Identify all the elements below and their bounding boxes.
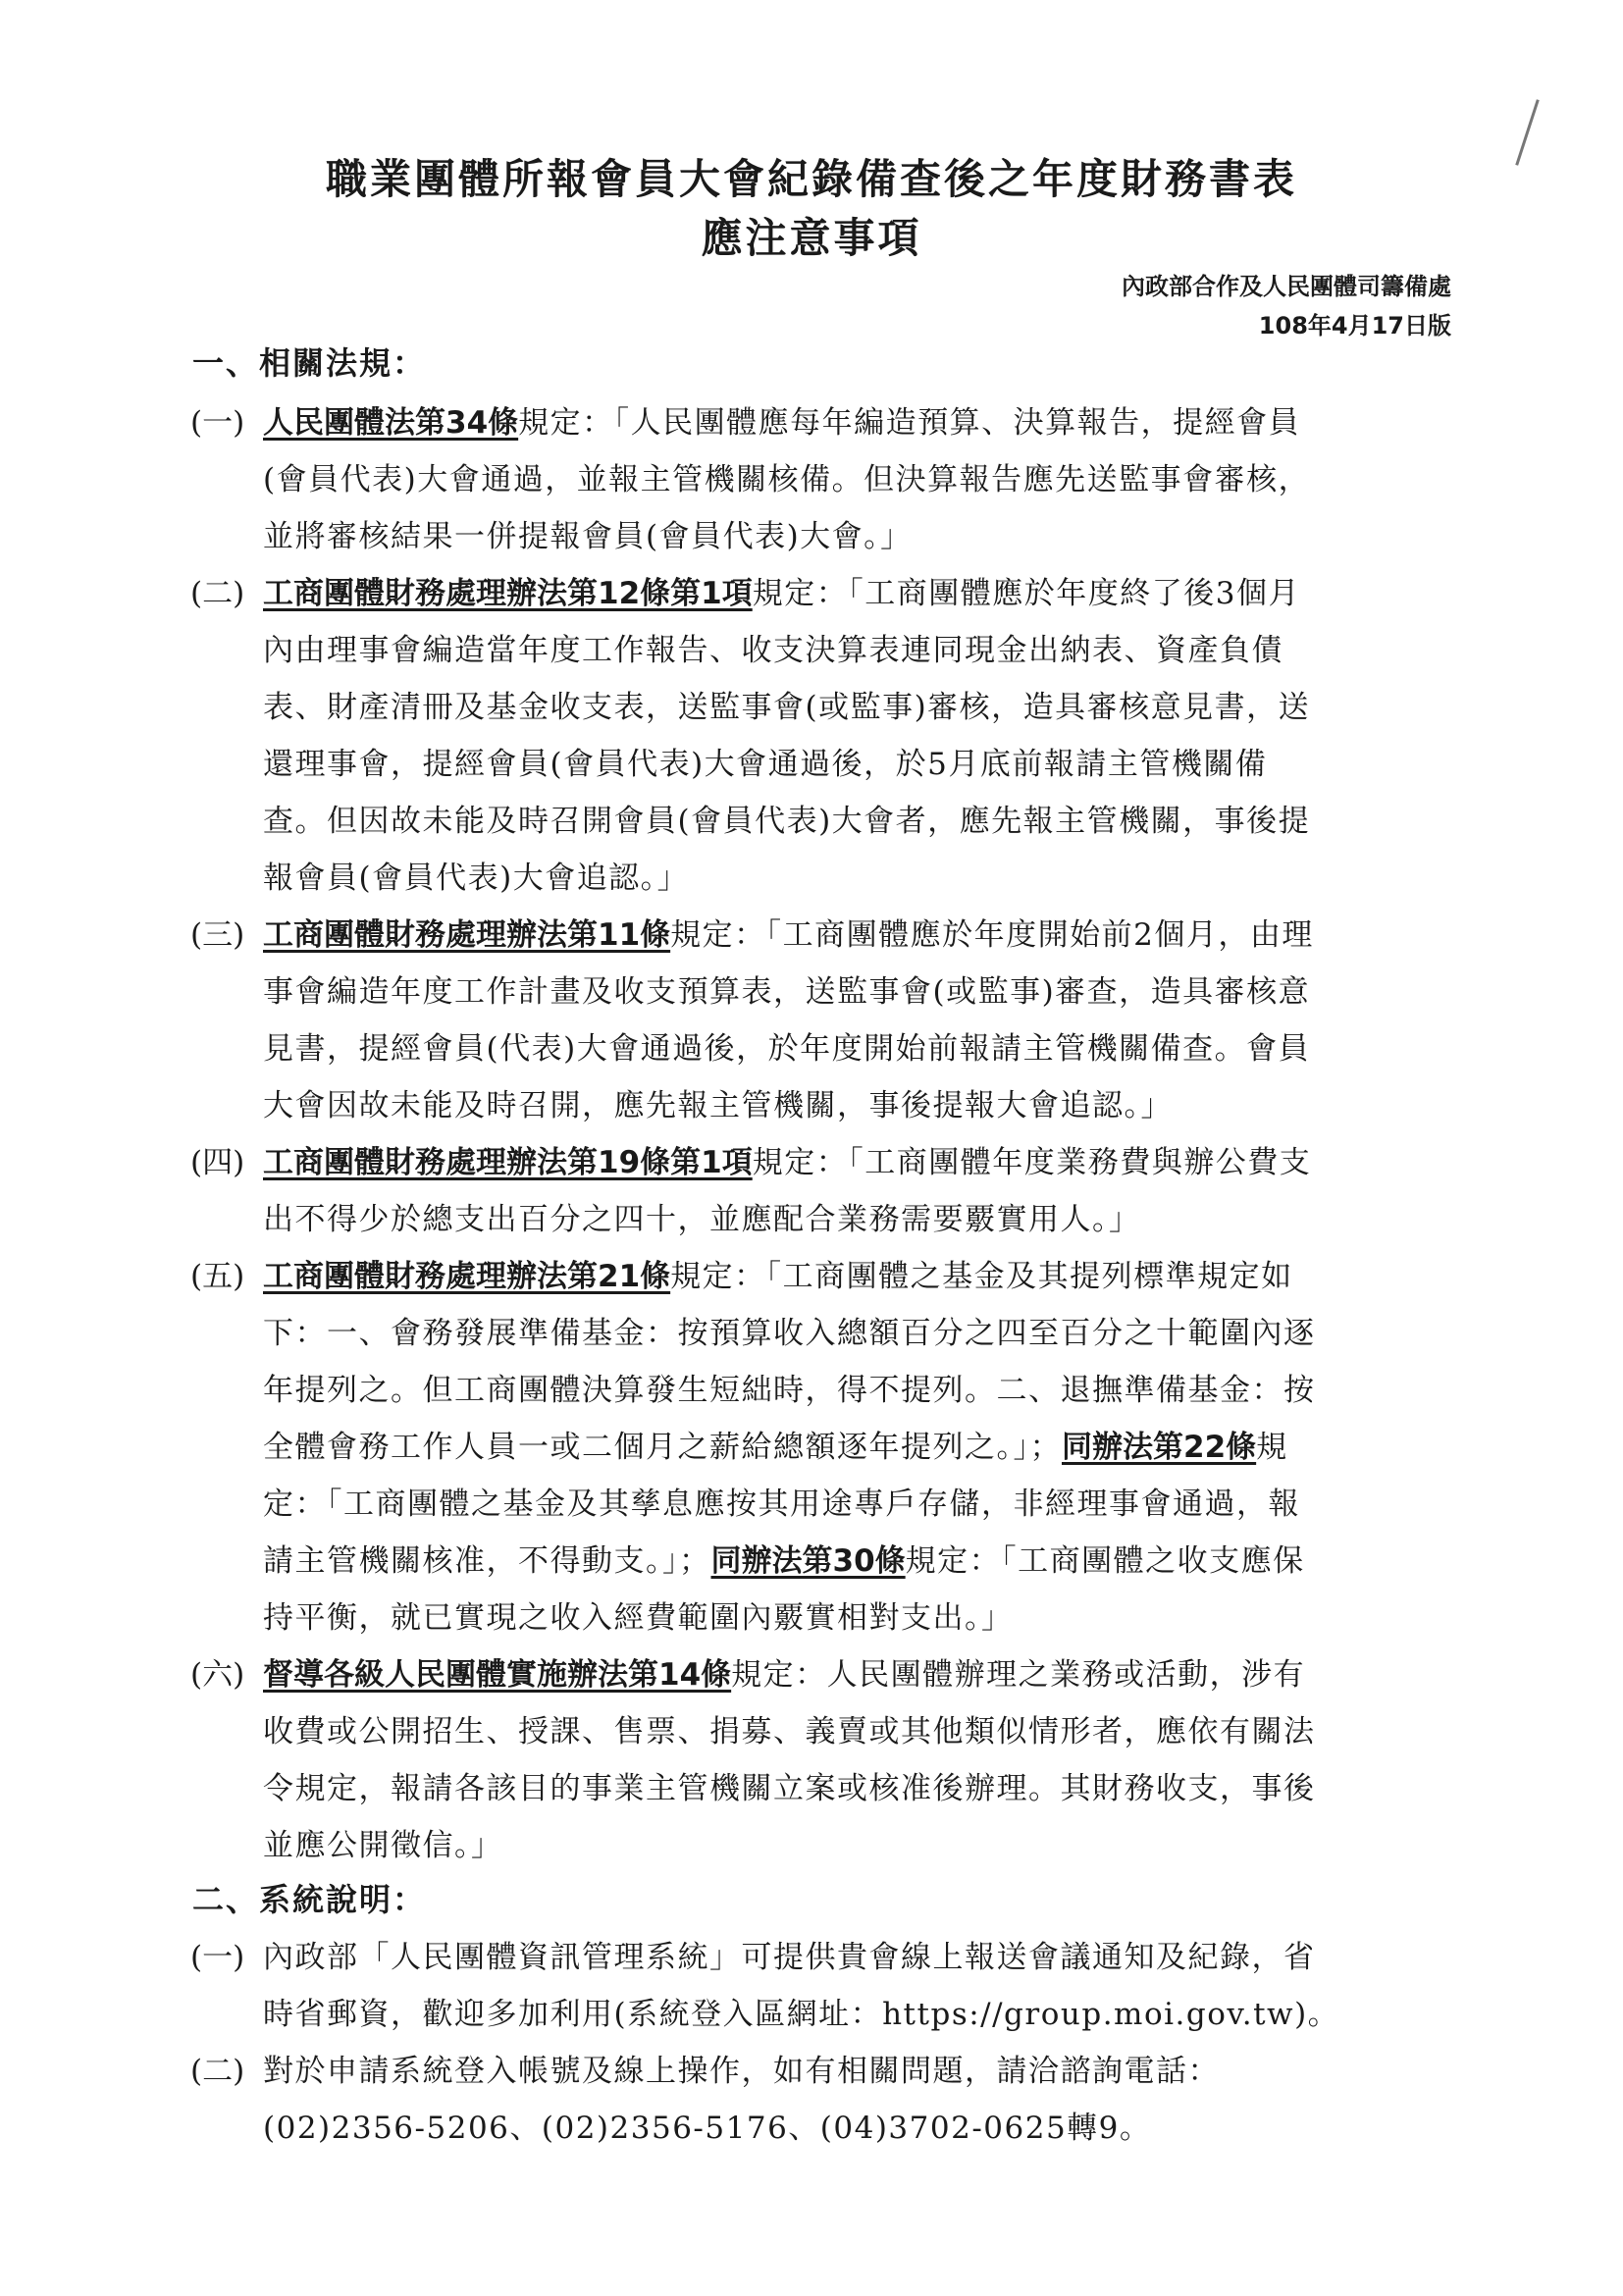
text-line: 工商團體財務處理辦法第12條第1項規定：「工商團體應於年度終了後3個月 — [263, 568, 1300, 612]
text-line: 下：一、會務發展準備基金：按預算收入總額百分之四至百分之十範圍內逐 — [263, 1308, 1316, 1352]
law-reference: 工商團體財務處理辦法第12條第1項 — [263, 576, 753, 611]
item-number: (二) — [190, 2046, 244, 2090]
text-line: 工商團體財務處理辦法第21條規定：「工商團體之基金及其提列標準規定如 — [263, 1251, 1293, 1295]
law-reference: 工商團體財務處理辦法第19條第1項 — [263, 1145, 753, 1180]
item-number: (一) — [190, 1932, 244, 1976]
item-number: (二) — [190, 568, 244, 612]
text-line: 年提列之。但工商團體決算發生短絀時，得不提列。二、退撫準備基金：按 — [263, 1365, 1316, 1409]
text-line: 報會員(會員代表)大會追認。」 — [263, 853, 689, 897]
text-line: 時省郵資，歡迎多加利用(系統登入區網址：https://group.moi.go… — [263, 1989, 1339, 2033]
law-reference: 工商團體財務處理辦法第21條 — [263, 1259, 670, 1294]
law-reference: 同辦法第30條 — [711, 1543, 906, 1579]
text-line: 收費或公開招生、授課、售票、捐募、義賣或其他類似情形者，應依有關法 — [263, 1706, 1316, 1750]
law-reference: 同辦法第22條 — [1062, 1430, 1256, 1465]
text-line: 查。但因故未能及時召開會員(會員代表)大會者，應先報主管機關，事後提 — [263, 796, 1310, 840]
text-line: 人民團體法第34條規定：「人民團體應每年編造預算、決算報告，提經會員 — [263, 397, 1300, 442]
text-line: 工商團體財務處理辦法第11條規定：「工商團體應於年度開始前2個月，由理 — [263, 910, 1314, 954]
text-line: 表、財產清冊及基金收支表，送監事會(或監事)審核，造具審核意見書，送 — [263, 682, 1310, 726]
document-title: 職業團體所報會員大會紀錄備查後之年度財務書表 — [0, 147, 1623, 206]
law-reference: 督導各級人民團體實施辦法第14條 — [263, 1657, 731, 1693]
issuer: 內政部合作及人民團體司籌備處 — [1122, 267, 1451, 301]
item-number: (一) — [190, 397, 244, 442]
text-line: 持平衡，就已實現之收入經費範圍內覈實相對支出。」 — [263, 1592, 1014, 1637]
law-reference: 工商團體財務處理辦法第11條 — [263, 917, 670, 953]
text-line: 對於申請系統登入帳號及線上操作，如有相關問題，請洽諮詢電話： — [263, 2046, 1220, 2090]
text-line: (會員代表)大會通過，並報主管機關核備。但決算報告應先送監事會審核， — [263, 454, 1310, 498]
text-line: 定：「工商團體之基金及其孳息應按其用途專戶存儲，非經理事會通過，報 — [263, 1479, 1300, 1523]
text-line: 出不得少於總支出百分之四十，並應配合業務需要覈實用人。」 — [263, 1194, 1141, 1238]
text-line: 並將審核結果一併提報會員(會員代表)大會。」 — [263, 511, 913, 555]
text-line: (02)2356-5206、(02)2356-5176、(04)3702-062… — [263, 2103, 1151, 2147]
text-line: 令規定，報請各該目的事業主管機關立案或核准後辦理。其財務收支，事後 — [263, 1763, 1316, 1807]
text-line: 事會編造年度工作計畫及收支預算表，送監事會(或監事)審查，造具審核意 — [263, 966, 1310, 1011]
version-date: 108年4月17日版 — [1259, 306, 1451, 340]
text-line: 全體會務工作人員一或二個月之薪給總額逐年提列之。」；同辦法第22條規 — [263, 1422, 1288, 1466]
document-subtitle: 應注意事項 — [0, 206, 1623, 265]
text-line: 內政部「人民團體資訊管理系統」可提供貴會線上報送會議通知及紀錄，省 — [263, 1932, 1316, 1976]
item-number: (四) — [190, 1137, 244, 1181]
item-number: (三) — [190, 910, 244, 954]
law-reference: 人民團體法第34條 — [263, 405, 518, 441]
text-line: 大會因故未能及時召開，應先報主管機關，事後提報大會追認。」 — [263, 1080, 1173, 1124]
section-heading: 一、相關法規： — [192, 339, 426, 384]
text-line: 請主管機關核准，不得動支。」；同辦法第30條規定：「工商團體之收支應保 — [263, 1536, 1305, 1580]
text-line: 督導各級人民團體實施辦法第14條規定：人民團體辦理之業務或活動，涉有 — [263, 1649, 1305, 1694]
item-number: (六) — [190, 1649, 244, 1694]
text-line: 內由理事會編造當年度工作報告、收支決算表連同現金出納表、資產負債 — [263, 625, 1283, 669]
text-line: 工商團體財務處理辦法第19條第1項規定：「工商團體年度業務費與辦公費支 — [263, 1137, 1311, 1181]
text-line: 還理事會，提經會員(會員代表)大會通過後，於5月底前報請主管機關備 — [263, 739, 1267, 783]
text-line: 並應公開徵信。」 — [263, 1820, 503, 1864]
text-line: 見書，提經會員(代表)大會通過後，於年度開始前報請主管機關備查。會員 — [263, 1023, 1310, 1068]
item-number: (五) — [190, 1251, 244, 1295]
section-heading: 二、系統說明： — [192, 1875, 426, 1920]
